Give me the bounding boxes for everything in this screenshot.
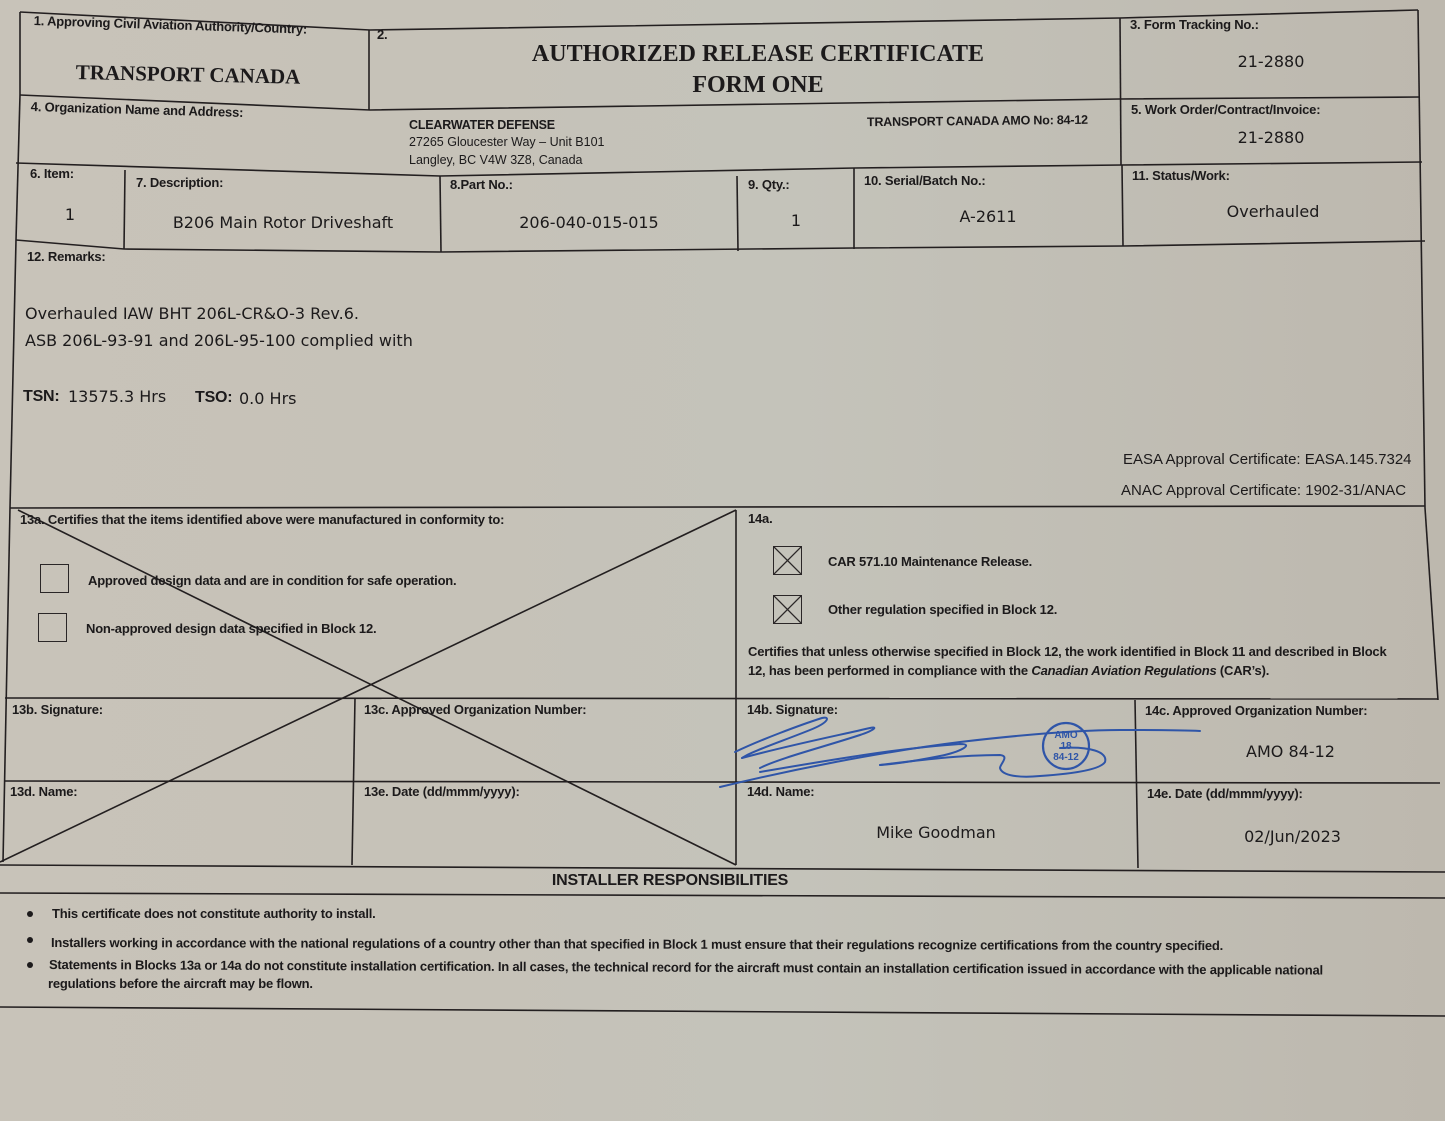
easa-certificate: EASA Approval Certificate: EASA.145.7324 xyxy=(1123,451,1412,468)
non-approved-design-data-checkbox[interactable] xyxy=(38,613,67,642)
authority-name: TRANSPORT CANADA xyxy=(75,60,300,90)
remarks-line1: Overhauled IAW BHT 206L-CR&O-3 Rev.6. xyxy=(25,304,359,323)
block13d-label: 13d. Name: xyxy=(10,784,77,799)
certification-text-line2: 12, has been performed in compliance wit… xyxy=(748,663,1269,678)
certification-text-line1: Certifies that unless otherwise specifie… xyxy=(748,644,1387,659)
form-title-line2: FORM ONE xyxy=(370,72,1146,99)
quantity: 1 xyxy=(738,211,854,230)
form-tracking-number: 21-2880 xyxy=(1122,52,1420,71)
block13a-label: 13a. Certifies that the items identified… xyxy=(20,512,504,527)
block2-label: 2. xyxy=(377,27,387,42)
organization-address-line1: 27265 Gloucester Way – Unit B101 xyxy=(409,135,604,149)
status-work: Overhauled xyxy=(1123,202,1423,221)
checkbox-x-icon xyxy=(774,596,801,623)
installer-bullet-2: Installers working in accordance with th… xyxy=(51,935,1223,953)
car-italic-title: Canadian Aviation Regulations xyxy=(1031,663,1216,678)
cert-text-part: (CAR’s). xyxy=(1217,663,1270,678)
installer-bullet-1: This certificate does not constitute aut… xyxy=(52,906,376,921)
block14b-label: 14b. Signature: xyxy=(747,702,838,717)
cert-text-part: 12, has been performed in compliance wit… xyxy=(748,663,1031,678)
tsn-value: 13575.3 Hrs xyxy=(68,387,166,406)
car-571-10-checkbox[interactable] xyxy=(773,546,802,575)
organization-name: CLEARWATER DEFENSE xyxy=(409,118,555,132)
block13e-label: 13e. Date (dd/mmm/yyyy): xyxy=(364,784,520,799)
bullet-icon xyxy=(27,937,33,943)
status-label: 11. Status/Work: xyxy=(1132,168,1230,183)
work-order-number: 21-2880 xyxy=(1122,128,1420,147)
block14c-label: 14c. Approved Organization Number: xyxy=(1145,703,1367,718)
block14d-label: 14d. Name: xyxy=(747,784,814,799)
checkbox-x-icon xyxy=(774,547,801,574)
approved-design-data-checkbox[interactable] xyxy=(40,564,69,593)
tso-value: 0.0 Hrs xyxy=(239,389,296,408)
other-regulation-label: Other regulation specified in Block 12. xyxy=(828,602,1057,617)
remarks-line2: ASB 206L-93-91 and 206L-95-100 complied … xyxy=(25,331,413,350)
block5-label: 5. Work Order/Contract/Invoice: xyxy=(1131,102,1320,117)
remarks-label: 12. Remarks: xyxy=(27,249,106,264)
item-number: 1 xyxy=(16,205,124,224)
release-certificate-form: 1. Approving Civil Aviation Authority/Co… xyxy=(0,0,1445,1121)
part-number-label: 8.Part No.: xyxy=(450,177,513,192)
block13c-label: 13c. Approved Organization Number: xyxy=(364,702,586,717)
item-description: B206 Main Rotor Driveshaft xyxy=(125,213,441,232)
block14e-label: 14e. Date (dd/mmm/yyyy): xyxy=(1147,786,1303,801)
organization-address-line2: Langley, BC V4W 3Z8, Canada xyxy=(409,153,582,167)
block3-label: 3. Form Tracking No.: xyxy=(1130,17,1259,32)
other-regulation-checkbox[interactable] xyxy=(773,595,802,624)
bullet-icon xyxy=(27,962,33,968)
approved-design-data-label: Approved design data and are in conditio… xyxy=(88,573,456,588)
amo-number-header: TRANSPORT CANADA AMO No: 84-12 xyxy=(867,113,1088,129)
bullet-icon xyxy=(27,911,33,917)
anac-certificate: ANAC Approval Certificate: 1902-31/ANAC xyxy=(1121,482,1406,499)
approved-organization-number: AMO 84-12 xyxy=(1138,742,1443,761)
installer-heading: INSTALLER RESPONSIBILITIES xyxy=(0,872,1340,890)
tso-label: TSO: xyxy=(195,389,232,407)
form-title-line1: AUTHORIZED RELEASE CERTIFICATE xyxy=(370,41,1146,68)
signatory-name: Mike Goodman xyxy=(736,823,1136,842)
certification-date: 02/Jun/2023 xyxy=(1140,827,1445,846)
description-label: 7. Description: xyxy=(136,175,223,190)
non-approved-design-data-label: Non-approved design data specified in Bl… xyxy=(86,621,376,636)
item-label: 6. Item: xyxy=(30,166,74,181)
car-571-10-label: CAR 571.10 Maintenance Release. xyxy=(828,554,1032,569)
part-number: 206-040-015-015 xyxy=(441,213,737,232)
installer-bullet-3-continued: regulations before the aircraft may be f… xyxy=(48,976,313,991)
serial-number: A-2611 xyxy=(854,207,1122,226)
tsn-label: TSN: xyxy=(23,388,60,406)
block14a-label: 14a. xyxy=(748,511,773,526)
quantity-label: 9. Qty.: xyxy=(748,177,790,192)
serial-label: 10. Serial/Batch No.: xyxy=(864,173,986,188)
block13b-label: 13b. Signature: xyxy=(12,702,103,717)
